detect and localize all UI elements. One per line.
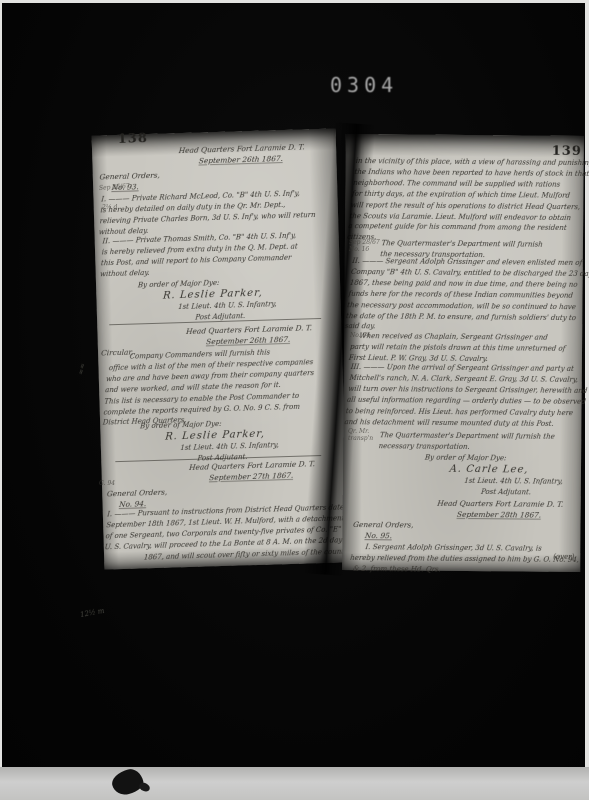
margin-note: No. 94 [350,332,370,339]
signature-line: Post Adjutant. [420,486,562,498]
handwritten-line: & 2. from these Hd. Qrs. [352,564,589,577]
edge-scribble: ≈≈ [77,362,87,375]
signature-block: By order of Major Dye: R. Leslie Parker,… [135,276,279,325]
margin-note: G. 94 [99,480,115,487]
edge-scribble: 12½ m [79,607,105,619]
order-heading: Head Quarters Fort Laramie D. T. Septemb… [417,499,581,522]
label-line: No. 95. [351,531,413,542]
right-page: 139 in the vicinity of this place, with … [342,134,584,572]
photo-area: 0304 138 Head Quarters Fort Laramie D. T… [2,3,585,767]
label-line: General Orders, [99,171,160,184]
order-paragraph: The Quartermaster's Department will furn… [378,430,576,454]
heading-line: September 28th 1867. [417,510,580,522]
signature-line: By order of Major Dye: [424,453,566,465]
order-paragraph: II. ——— Sergeant Adolph Grissinger and e… [344,256,585,334]
order-paragraph: III. ——— Upon the arrival of Sergeant Gr… [344,362,585,429]
order-label: General Orders, No. 95. [351,520,414,542]
over-note: (over) [553,553,574,561]
page-number-right: 139 [552,144,582,159]
handwritten-line: and his detachment will resume mounted d… [344,417,579,430]
margin-note: Sep 28/67 No. 16 [349,239,380,253]
handwritten-line: necessary transportation. [378,441,575,454]
order-paragraph: When received as Chaplain, Sergeant Gris… [356,331,580,366]
signature-block: By order of Major Dye: A. Carle Lee, 1st… [420,453,566,499]
label-line: General Orders, [352,520,414,531]
order-paragraph: II. ——— Private Thomas Smith, Co. "B" 4t… [100,230,335,281]
frame-counter: 0304 [330,73,398,97]
margin-note: Qr. Mr. transp'n [348,428,373,442]
heading-line: Head Quarters Fort Laramie D. T. [419,499,582,511]
label-line: General Orders, [106,488,167,501]
scanner-bed-strip [0,767,589,800]
order-paragraph: in the vicinity of this place, with a vi… [346,156,584,245]
page-number-left: 138 [118,131,149,147]
order-heading: Head Quarters Fort Laramie D. T. Septemb… [145,141,337,169]
margin-note: 2½ d [102,204,117,211]
